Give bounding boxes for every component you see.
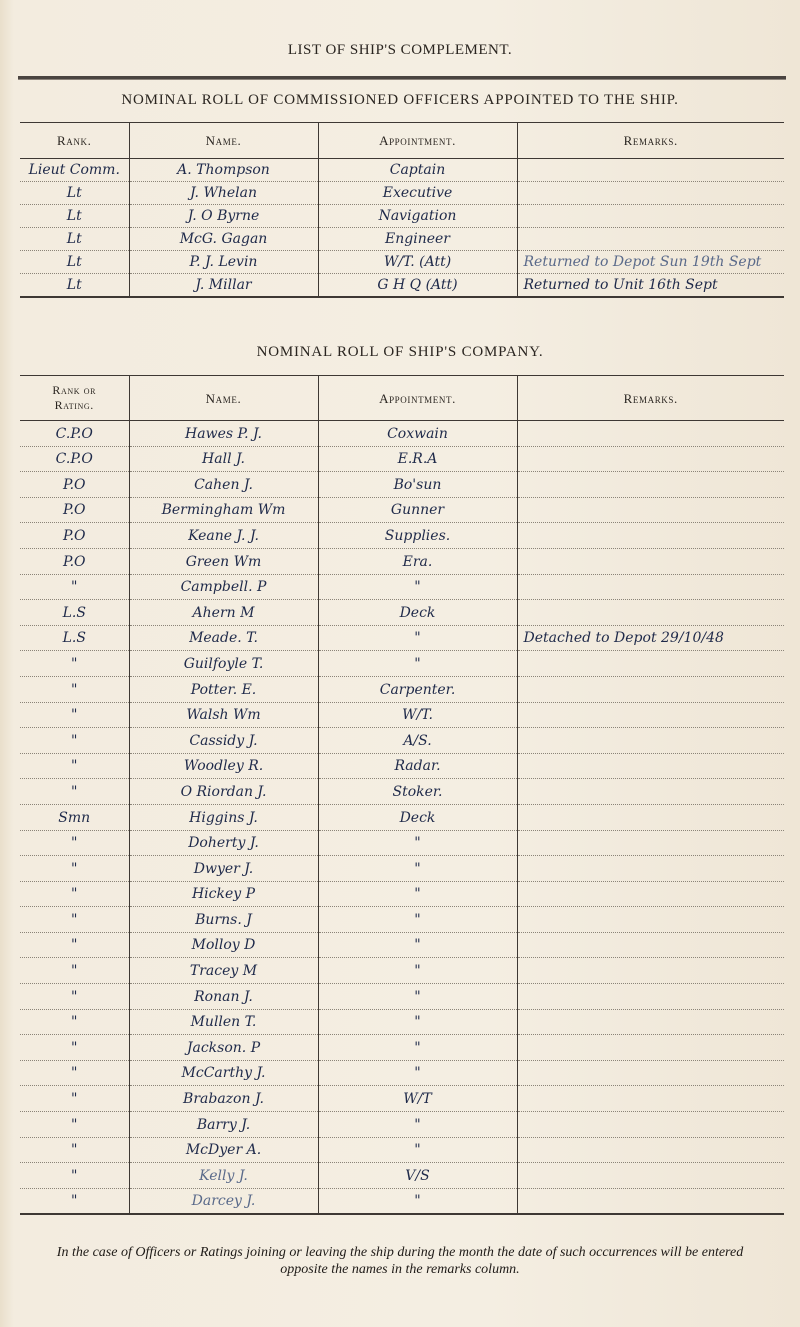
remarks-cell <box>517 548 784 574</box>
rank-cell: " <box>20 830 129 856</box>
table-row: "Mullen T." <box>20 1009 784 1035</box>
name-cell: Green Wm <box>129 548 318 574</box>
header-remarks: Remarks. <box>517 376 784 421</box>
table-row: "Dwyer J." <box>20 856 784 882</box>
remarks-cell <box>517 1188 784 1214</box>
remarks-cell <box>517 1112 784 1138</box>
company-header-row: Rank or Rating. Name. Appointment. Remar… <box>20 376 784 421</box>
table-row: LtJ. MillarG H Q (Att)Returned to Unit 1… <box>20 274 784 298</box>
rank-cell: L.S <box>20 600 129 626</box>
rank-cell: Lt <box>20 251 129 274</box>
rank-cell: Lt <box>20 182 129 205</box>
heavy-rule-top <box>18 76 786 80</box>
name-cell: J. Millar <box>129 274 318 298</box>
name-cell: P. J. Levin <box>129 251 318 274</box>
page-title: LIST OF SHIP'S COMPLEMENT. <box>0 42 800 59</box>
rank-cell: " <box>20 1137 129 1163</box>
rank-cell: " <box>20 1112 129 1138</box>
remarks-cell <box>517 446 784 472</box>
remarks-cell <box>517 421 784 447</box>
table-row: P.OGreen WmEra. <box>20 548 784 574</box>
rank-cell: " <box>20 856 129 882</box>
table-row: C.P.OHall J.E.R.A <box>20 446 784 472</box>
appointment-cell: Deck <box>318 804 517 830</box>
remarks-cell <box>517 728 784 754</box>
name-cell: Barry J. <box>129 1112 318 1138</box>
rank-cell: P.O <box>20 472 129 498</box>
footnote: In the case of Officers or Ratings joini… <box>40 1244 760 1278</box>
appointment-cell: " <box>318 830 517 856</box>
appointment-cell: " <box>318 932 517 958</box>
officers-section-title: NOMINAL ROLL OF COMMISSIONED OFFICERS AP… <box>0 92 800 109</box>
rank-cell: " <box>20 1188 129 1214</box>
rank-cell: Lieut Comm. <box>20 159 129 182</box>
name-cell: McCarthy J. <box>129 1060 318 1086</box>
table-row: P.OBermingham WmGunner <box>20 497 784 523</box>
name-cell: Tracey M <box>129 958 318 984</box>
appointment-cell: Captain <box>318 159 517 182</box>
rank-cell: " <box>20 574 129 600</box>
name-cell: Mullen T. <box>129 1009 318 1035</box>
name-cell: Cassidy J. <box>129 728 318 754</box>
rank-cell: " <box>20 1086 129 1112</box>
appointment-cell: A/S. <box>318 728 517 754</box>
remarks-cell <box>517 651 784 677</box>
remarks-cell <box>517 472 784 498</box>
rank-cell: P.O <box>20 523 129 549</box>
name-cell: Kelly J. <box>129 1163 318 1189</box>
name-cell: Ronan J. <box>129 984 318 1010</box>
table-row: LtJ. WhelanExecutive <box>20 182 784 205</box>
remarks-cell <box>517 958 784 984</box>
table-row: P.OCahen J.Bo'sun <box>20 472 784 498</box>
rank-cell: " <box>20 881 129 907</box>
appointment-cell: " <box>318 958 517 984</box>
appointment-cell: " <box>318 907 517 933</box>
name-cell: Potter. E. <box>129 676 318 702</box>
remarks-cell: Detached to Depot 29/10/48 <box>517 625 784 651</box>
remarks-cell <box>517 497 784 523</box>
name-cell: O Riordan J. <box>129 779 318 805</box>
remarks-cell <box>517 779 784 805</box>
rank-cell: C.P.O <box>20 421 129 447</box>
table-row: L.SAhern MDeck <box>20 600 784 626</box>
table-row: "Jackson. P" <box>20 1035 784 1061</box>
table-row: "Potter. E.Carpenter. <box>20 676 784 702</box>
remarks-cell <box>517 881 784 907</box>
name-cell: Ahern M <box>129 600 318 626</box>
appointment-cell: " <box>318 574 517 600</box>
table-row: LtP. J. LevinW/T. (Att)Returned to Depot… <box>20 251 784 274</box>
rank-cell: " <box>20 676 129 702</box>
appointment-cell: " <box>318 1009 517 1035</box>
remarks-cell <box>517 856 784 882</box>
name-cell: Jackson. P <box>129 1035 318 1061</box>
rank-cell: C.P.O <box>20 446 129 472</box>
appointment-cell: " <box>318 881 517 907</box>
table-row: "Burns. J" <box>20 907 784 933</box>
table-row: "Kelly J.V/S <box>20 1163 784 1189</box>
table-row: "Walsh WmW/T. <box>20 702 784 728</box>
header-appointment: Appointment. <box>318 376 517 421</box>
remarks-cell <box>517 804 784 830</box>
rank-cell: " <box>20 984 129 1010</box>
table-row: Lieut Comm.A. ThompsonCaptain <box>20 159 784 182</box>
appointment-cell: " <box>318 984 517 1010</box>
table-row: "Barry J." <box>20 1112 784 1138</box>
table-row: "Woodley R.Radar. <box>20 753 784 779</box>
table-row: "Doherty J." <box>20 830 784 856</box>
appointment-cell: " <box>318 651 517 677</box>
table-row: C.P.OHawes P. J.Coxwain <box>20 421 784 447</box>
company-table: Rank or Rating. Name. Appointment. Remar… <box>20 375 784 1215</box>
remarks-cell: Returned to Depot Sun 19th Sept <box>517 251 784 274</box>
name-cell: Guilfoyle T. <box>129 651 318 677</box>
name-cell: Doherty J. <box>129 830 318 856</box>
remarks-cell <box>517 205 784 228</box>
name-cell: Burns. J <box>129 907 318 933</box>
remarks-cell <box>517 159 784 182</box>
officers-header-row: Rank. Name. Appointment. Remarks. <box>20 123 784 159</box>
rank-cell: " <box>20 1009 129 1035</box>
header-rank: Rank. <box>20 123 129 159</box>
name-cell: Brabazon J. <box>129 1086 318 1112</box>
remarks-cell <box>517 907 784 933</box>
name-cell: Walsh Wm <box>129 702 318 728</box>
name-cell: Campbell. P <box>129 574 318 600</box>
table-row: "Darcey J." <box>20 1188 784 1214</box>
rank-cell: " <box>20 1163 129 1189</box>
table-row: "Tracey M" <box>20 958 784 984</box>
rank-cell: Smn <box>20 804 129 830</box>
name-cell: Molloy D <box>129 932 318 958</box>
appointment-cell: Engineer <box>318 228 517 251</box>
name-cell: Dwyer J. <box>129 856 318 882</box>
rank-cell: P.O <box>20 548 129 574</box>
header-name: Name. <box>129 376 318 421</box>
name-cell: Cahen J. <box>129 472 318 498</box>
remarks-cell <box>517 574 784 600</box>
appointment-cell: W/T. (Att) <box>318 251 517 274</box>
remarks-cell <box>517 600 784 626</box>
table-row: "Ronan J." <box>20 984 784 1010</box>
rank-cell: Lt <box>20 228 129 251</box>
remarks-cell <box>517 1137 784 1163</box>
rank-cell: " <box>20 1060 129 1086</box>
appointment-cell: " <box>318 856 517 882</box>
appointment-cell: W/T. <box>318 702 517 728</box>
appointment-cell: E.R.A <box>318 446 517 472</box>
table-row: "Cassidy J.A/S. <box>20 728 784 754</box>
name-cell: Woodley R. <box>129 753 318 779</box>
rank-cell: Lt <box>20 274 129 298</box>
table-row: "McDyer A." <box>20 1137 784 1163</box>
name-cell: Hickey P <box>129 881 318 907</box>
remarks-cell <box>517 228 784 251</box>
table-row: P.OKeane J. J.Supplies. <box>20 523 784 549</box>
remarks-cell <box>517 1009 784 1035</box>
appointment-cell: " <box>318 1060 517 1086</box>
name-cell: Hawes P. J. <box>129 421 318 447</box>
remarks-cell <box>517 1060 784 1086</box>
remarks-cell <box>517 1035 784 1061</box>
rank-cell: " <box>20 702 129 728</box>
rank-cell: " <box>20 1035 129 1061</box>
remarks-cell <box>517 984 784 1010</box>
remarks-cell <box>517 523 784 549</box>
table-row: "Hickey P" <box>20 881 784 907</box>
appointment-cell: Carpenter. <box>318 676 517 702</box>
rank-cell: " <box>20 958 129 984</box>
remarks-cell: Returned to Unit 16th Sept <box>517 274 784 298</box>
rank-cell: L.S <box>20 625 129 651</box>
name-cell: Darcey J. <box>129 1188 318 1214</box>
name-cell: Keane J. J. <box>129 523 318 549</box>
appointment-cell: Supplies. <box>318 523 517 549</box>
name-cell: Bermingham Wm <box>129 497 318 523</box>
appointment-cell: V/S <box>318 1163 517 1189</box>
appointment-cell: Executive <box>318 182 517 205</box>
rank-cell: " <box>20 779 129 805</box>
rank-cell: " <box>20 907 129 933</box>
appointment-cell: Navigation <box>318 205 517 228</box>
remarks-cell <box>517 1086 784 1112</box>
appointment-cell: Bo'sun <box>318 472 517 498</box>
remarks-cell <box>517 753 784 779</box>
table-row: "Brabazon J.W/T <box>20 1086 784 1112</box>
rank-cell: P.O <box>20 497 129 523</box>
table-row: "O Riordan J.Stoker. <box>20 779 784 805</box>
appointment-cell: " <box>318 1137 517 1163</box>
appointment-cell: " <box>318 1112 517 1138</box>
name-cell: A. Thompson <box>129 159 318 182</box>
appointment-cell: " <box>318 1035 517 1061</box>
rank-cell: " <box>20 651 129 677</box>
table-row: "Campbell. P" <box>20 574 784 600</box>
officers-table: Rank. Name. Appointment. Remarks. Lieut … <box>20 122 784 298</box>
appointment-cell: Radar. <box>318 753 517 779</box>
appointment-cell: Deck <box>318 600 517 626</box>
appointment-cell: Gunner <box>318 497 517 523</box>
appointment-cell: Coxwain <box>318 421 517 447</box>
document-page: LIST OF SHIP'S COMPLEMENT. NOMINAL ROLL … <box>0 0 800 1327</box>
remarks-cell <box>517 182 784 205</box>
name-cell: Meade. T. <box>129 625 318 651</box>
header-appointment: Appointment. <box>318 123 517 159</box>
table-row: SmnHiggins J.Deck <box>20 804 784 830</box>
name-cell: McDyer A. <box>129 1137 318 1163</box>
appointment-cell: " <box>318 1188 517 1214</box>
header-rank-rating: Rank or Rating. <box>20 376 129 421</box>
table-row: L.SMeade. T."Detached to Depot 29/10/48 <box>20 625 784 651</box>
appointment-cell: Stoker. <box>318 779 517 805</box>
header-name: Name. <box>129 123 318 159</box>
remarks-cell <box>517 676 784 702</box>
table-row: "Molloy D" <box>20 932 784 958</box>
name-cell: McG. Gagan <box>129 228 318 251</box>
name-cell: J. Whelan <box>129 182 318 205</box>
rank-cell: " <box>20 728 129 754</box>
rank-cell: " <box>20 753 129 779</box>
company-section-title: NOMINAL ROLL OF SHIP'S COMPANY. <box>0 344 800 361</box>
remarks-cell <box>517 1163 784 1189</box>
name-cell: Higgins J. <box>129 804 318 830</box>
appointment-cell: W/T <box>318 1086 517 1112</box>
table-row: LtJ. O ByrneNavigation <box>20 205 784 228</box>
name-cell: Hall J. <box>129 446 318 472</box>
name-cell: J. O Byrne <box>129 205 318 228</box>
remarks-cell <box>517 830 784 856</box>
header-remarks: Remarks. <box>517 123 784 159</box>
appointment-cell: " <box>318 625 517 651</box>
appointment-cell: Era. <box>318 548 517 574</box>
appointment-cell: G H Q (Att) <box>318 274 517 298</box>
table-row: "McCarthy J." <box>20 1060 784 1086</box>
remarks-cell <box>517 702 784 728</box>
table-row: LtMcG. GaganEngineer <box>20 228 784 251</box>
table-row: "Guilfoyle T." <box>20 651 784 677</box>
rank-cell: Lt <box>20 205 129 228</box>
rank-cell: " <box>20 932 129 958</box>
remarks-cell <box>517 932 784 958</box>
